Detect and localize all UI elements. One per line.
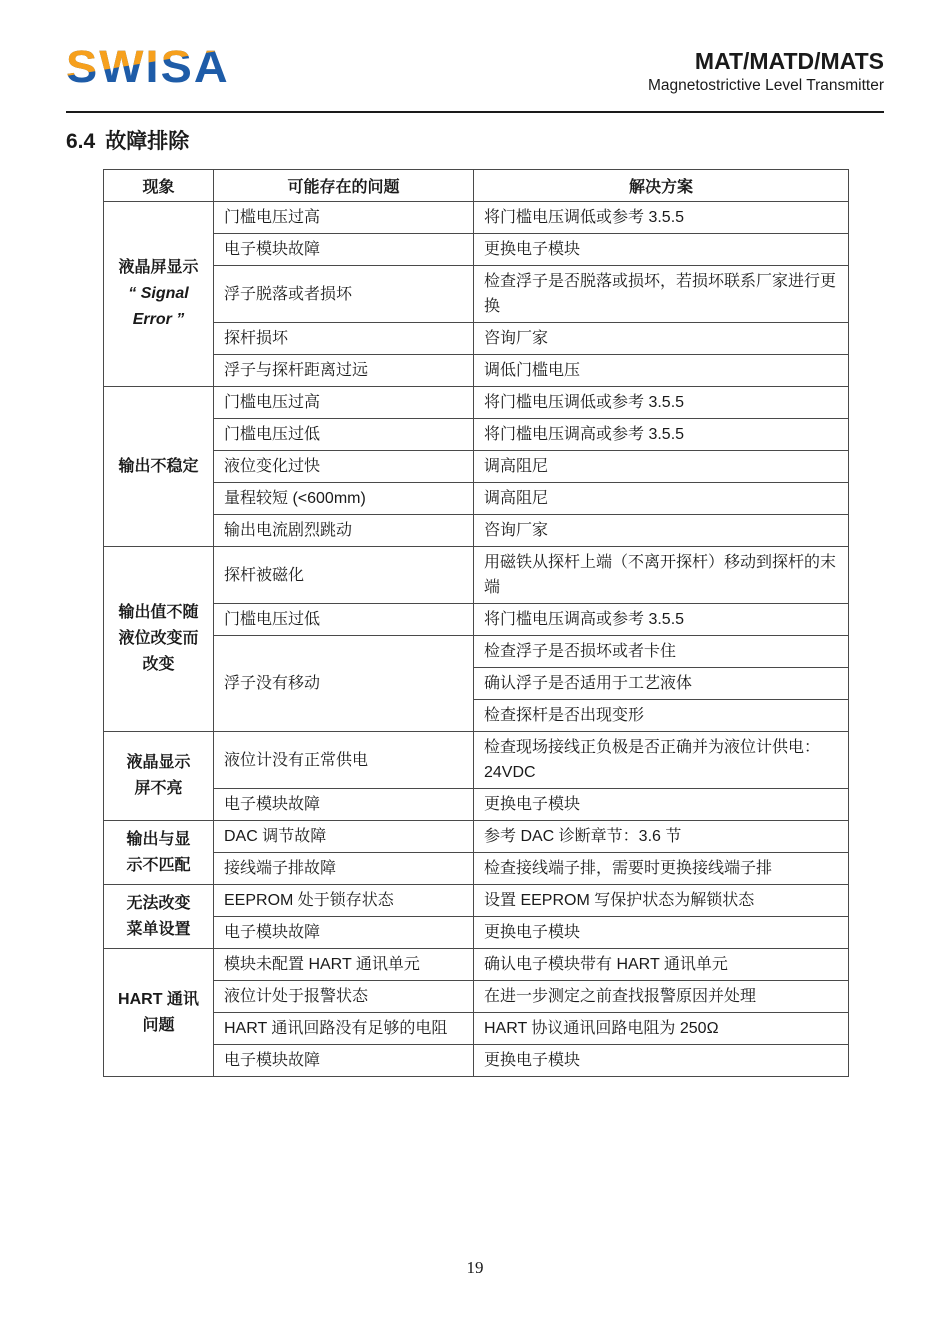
doc-subtitle: Magnetostrictive Level Transmitter — [648, 75, 884, 96]
swisa-logo: SWISA SWISA — [66, 42, 230, 92]
problem-cell: HART 通讯回路没有足够的电阻 — [214, 1013, 474, 1045]
table-row: 电子模块故障 更换电子模块 — [104, 917, 849, 949]
phenomenon-cell: 输出不稳定 — [104, 387, 214, 547]
problem-cell: 浮子没有移动 — [214, 636, 474, 732]
problem-cell: 液位变化过快 — [214, 451, 474, 483]
phenomenon-label: 输出值不随 液位改变而 改变 — [108, 600, 209, 678]
problem-cell: 模块未配置 HART 通讯单元 — [214, 949, 474, 981]
page-header: SWISA SWISA MAT/MATD/MATS Magnetostricti… — [0, 0, 950, 96]
table-row: 浮子与探杆距离过远 调低门槛电压 — [104, 355, 849, 387]
col-header-phenomenon: 现象 — [104, 170, 214, 202]
solution-cell: 检查现场接线正负极是否正确并为液位计供电：24VDC — [474, 732, 849, 789]
doc-title: MAT/MATD/MATS — [648, 48, 884, 75]
problem-cell: 浮子与探杆距离过远 — [214, 355, 474, 387]
col-header-solution: 解决方案 — [474, 170, 849, 202]
solution-cell: 设置 EEPROM 写保护状态为解锁状态 — [474, 885, 849, 917]
solution-cell: 将门槛电压调低或参考 3.5.5 — [474, 202, 849, 234]
section-title-text: 故障排除 — [105, 130, 189, 153]
troubleshooting-table: 现象 可能存在的问题 解决方案 液晶屏显示 “ Signal Error ” 门… — [103, 169, 849, 1077]
table-row: 电子模块故障 更换电子模块 — [104, 789, 849, 821]
table-row: 量程较短 (<600mm) 调高阻尼 — [104, 483, 849, 515]
table-row: 液位变化过快 调高阻尼 — [104, 451, 849, 483]
phenomenon-cell: 液晶屏显示 “ Signal Error ” — [104, 202, 214, 387]
table-row: 浮子脱落或者损坏 检查浮子是否脱落或损坏，若损坏联系厂家进行更换 — [104, 266, 849, 323]
table-row: HART 通讯回路没有足够的电阻 HART 协议通讯回路电阻为 250Ω — [104, 1013, 849, 1045]
problem-cell: 门槛电压过高 — [214, 387, 474, 419]
solution-cell: 确认浮子是否适用于工艺液体 — [474, 668, 849, 700]
header-divider — [66, 111, 884, 113]
problem-cell: 接线端子排故障 — [214, 853, 474, 885]
section-title: 6.4故障排除 — [66, 129, 950, 155]
problem-cell: 探杆损坏 — [214, 323, 474, 355]
solution-cell: 将门槛电压调高或参考 3.5.5 — [474, 604, 849, 636]
solution-cell: 咨询厂家 — [474, 323, 849, 355]
phenomenon-cell: HART 通讯 问题 — [104, 949, 214, 1077]
solution-cell: 调低门槛电压 — [474, 355, 849, 387]
problem-cell: 电子模块故障 — [214, 1045, 474, 1077]
problem-cell: 液位计没有正常供电 — [214, 732, 474, 789]
problem-cell: 门槛电压过低 — [214, 419, 474, 451]
problem-cell: EEPROM 处于锁存状态 — [214, 885, 474, 917]
problem-cell: 电子模块故障 — [214, 917, 474, 949]
table-row: 电子模块故障 更换电子模块 — [104, 234, 849, 266]
phenomenon-label: 液晶屏显示 — [108, 255, 209, 281]
phenomenon-label: HART 通讯 问题 — [108, 987, 209, 1039]
solution-cell: 检查浮子是否损坏或者卡住 — [474, 636, 849, 668]
phenomenon-label: 输出不稳定 — [108, 454, 209, 480]
phenomenon-error-code: “ Signal Error ” — [108, 281, 209, 333]
solution-cell: 参考 DAC 诊断章节：3.6 节 — [474, 821, 849, 853]
solution-cell: 更换电子模块 — [474, 1045, 849, 1077]
table-row: 门槛电压过低 将门槛电压调高或参考 3.5.5 — [104, 419, 849, 451]
phenomenon-label: 输出与显 示不匹配 — [108, 827, 209, 879]
table-row: 接线端子排故障 检查接线端子排，需要时更换接线端子排 — [104, 853, 849, 885]
solution-cell: 调高阻尼 — [474, 483, 849, 515]
problem-cell: 电子模块故障 — [214, 234, 474, 266]
header-title-block: MAT/MATD/MATS Magnetostrictive Level Tra… — [648, 42, 884, 96]
solution-cell: HART 协议通讯回路电阻为 250Ω — [474, 1013, 849, 1045]
solution-cell: 将门槛电压调高或参考 3.5.5 — [474, 419, 849, 451]
table-row: 输出值不随 液位改变而 改变 探杆被磁化 用磁铁从探杆上端（不离开探杆）移动到探… — [104, 547, 849, 604]
table-row: 输出电流剧烈跳动 咨询厂家 — [104, 515, 849, 547]
solution-cell: 更换电子模块 — [474, 789, 849, 821]
table-row: 无法改变 菜单设置 EEPROM 处于锁存状态 设置 EEPROM 写保护状态为… — [104, 885, 849, 917]
problem-cell: 量程较短 (<600mm) — [214, 483, 474, 515]
table-row: 液晶显示 屏不亮 液位计没有正常供电 检查现场接线正负极是否正确并为液位计供电：… — [104, 732, 849, 789]
solution-cell: 确认电子模块带有 HART 通讯单元 — [474, 949, 849, 981]
problem-cell: 门槛电压过高 — [214, 202, 474, 234]
solution-cell: 检查接线端子排，需要时更换接线端子排 — [474, 853, 849, 885]
col-header-problem: 可能存在的问题 — [214, 170, 474, 202]
document-page: SWISA SWISA MAT/MATD/MATS Magnetostricti… — [0, 0, 950, 1344]
problem-cell: 浮子脱落或者损坏 — [214, 266, 474, 323]
solution-cell: 更换电子模块 — [474, 917, 849, 949]
table-row: 探杆损坏 咨询厂家 — [104, 323, 849, 355]
phenomenon-cell: 无法改变 菜单设置 — [104, 885, 214, 949]
solution-cell: 更换电子模块 — [474, 234, 849, 266]
table-row: 液晶屏显示 “ Signal Error ” 门槛电压过高 将门槛电压调低或参考… — [104, 202, 849, 234]
problem-cell: 电子模块故障 — [214, 789, 474, 821]
solution-cell: 咨询厂家 — [474, 515, 849, 547]
table-row: 液位计处于报警状态 在进一步测定之前查找报警原因并处理 — [104, 981, 849, 1013]
table-row: 输出与显 示不匹配 DAC 调节故障 参考 DAC 诊断章节：3.6 节 — [104, 821, 849, 853]
problem-cell: 门槛电压过低 — [214, 604, 474, 636]
phenomenon-label: 无法改变 菜单设置 — [108, 891, 209, 943]
solution-cell: 在进一步测定之前查找报警原因并处理 — [474, 981, 849, 1013]
table-row: 门槛电压过低 将门槛电压调高或参考 3.5.5 — [104, 604, 849, 636]
problem-cell: 探杆被磁化 — [214, 547, 474, 604]
problem-cell: DAC 调节故障 — [214, 821, 474, 853]
section-number: 6.4 — [66, 130, 95, 153]
table-row: 输出不稳定 门槛电压过高 将门槛电压调低或参考 3.5.5 — [104, 387, 849, 419]
phenomenon-cell: 输出值不随 液位改变而 改变 — [104, 547, 214, 732]
phenomenon-cell: 液晶显示 屏不亮 — [104, 732, 214, 821]
solution-cell: 检查浮子是否脱落或损坏，若损坏联系厂家进行更换 — [474, 266, 849, 323]
solution-cell: 将门槛电压调低或参考 3.5.5 — [474, 387, 849, 419]
table-row: 电子模块故障 更换电子模块 — [104, 1045, 849, 1077]
solution-cell: 用磁铁从探杆上端（不离开探杆）移动到探杆的末端 — [474, 547, 849, 604]
table-header-row: 现象 可能存在的问题 解决方案 — [104, 170, 849, 202]
problem-cell: 液位计处于报警状态 — [214, 981, 474, 1013]
page-number: 19 — [0, 1258, 950, 1278]
table-row: HART 通讯 问题 模块未配置 HART 通讯单元 确认电子模块带有 HART… — [104, 949, 849, 981]
solution-cell: 调高阻尼 — [474, 451, 849, 483]
solution-cell: 检查探杆是否出现变形 — [474, 700, 849, 732]
phenomenon-label: 液晶显示 屏不亮 — [108, 750, 209, 802]
table-row: 浮子没有移动 检查浮子是否损坏或者卡住 — [104, 636, 849, 668]
problem-cell: 输出电流剧烈跳动 — [214, 515, 474, 547]
phenomenon-cell: 输出与显 示不匹配 — [104, 821, 214, 885]
